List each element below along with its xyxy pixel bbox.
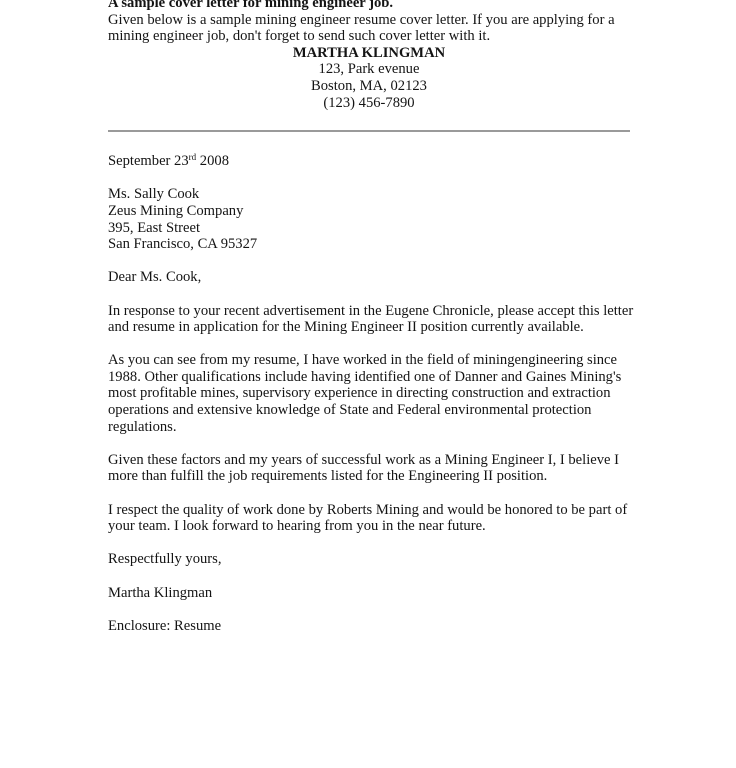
paragraph-line: your team. I look forward to hearing fro…	[108, 518, 630, 535]
paragraph-line: 1988. Other qualifications include havin…	[108, 369, 630, 386]
sender-address-line1: 123, Park evenue	[108, 61, 630, 78]
cover-letter-page: A sample cover letter for mining enginee…	[108, 0, 630, 634]
paragraph-line: most profitable mines, supervisory exper…	[108, 385, 630, 402]
document-heading: A sample cover letter for mining enginee…	[108, 0, 630, 12]
signature-name: Martha Klingman	[108, 585, 630, 602]
paragraph-line: I respect the quality of work done by Ro…	[108, 502, 630, 519]
paragraph-line: regulations.	[108, 419, 630, 436]
sender-letterhead: MARTHA KLINGMAN 123, Park evenue Boston,…	[108, 45, 630, 111]
recipient-name: Ms. Sally Cook	[108, 186, 630, 203]
paragraph-line: more than fulfill the job requirements l…	[108, 468, 630, 485]
letter-date: September 23rd 2008	[108, 153, 630, 170]
paragraph-line: In response to your recent advertisement…	[108, 303, 630, 320]
body-paragraph-1: In response to your recent advertisement…	[108, 303, 630, 336]
recipient-street: 395, East Street	[108, 220, 630, 237]
intro-text: Given below is a sample mining engineer …	[108, 12, 630, 45]
paragraph-line: operations and extensive knowledge of St…	[108, 402, 630, 419]
recipient-company: Zeus Mining Company	[108, 203, 630, 220]
recipient-address: Ms. Sally Cook Zeus Mining Company 395, …	[108, 186, 630, 252]
sender-phone: (123) 456-7890	[108, 95, 630, 112]
closing: Respectfully yours,	[108, 551, 630, 568]
body-paragraph-4: I respect the quality of work done by Ro…	[108, 502, 630, 535]
date-month-day: September 23	[108, 153, 189, 169]
salutation: Dear Ms. Cook,	[108, 269, 630, 286]
date-year: 2008	[196, 153, 229, 169]
paragraph-line: Given these factors and my years of succ…	[108, 452, 630, 469]
paragraph-line: and resume in application for the Mining…	[108, 319, 630, 336]
letterhead-divider	[108, 130, 630, 132]
paragraph-line: As you can see from my resume, I have wo…	[108, 352, 630, 369]
sender-address-line2: Boston, MA, 02123	[108, 78, 630, 95]
intro-line: mining engineer job, don't forget to sen…	[108, 28, 630, 45]
recipient-city: San Francisco, CA 95327	[108, 236, 630, 253]
enclosure-note: Enclosure: Resume	[108, 618, 630, 635]
body-paragraph-2: As you can see from my resume, I have wo…	[108, 352, 630, 435]
body-paragraph-3: Given these factors and my years of succ…	[108, 452, 630, 485]
intro-line: Given below is a sample mining engineer …	[108, 12, 630, 29]
sender-name: MARTHA KLINGMAN	[108, 45, 630, 62]
